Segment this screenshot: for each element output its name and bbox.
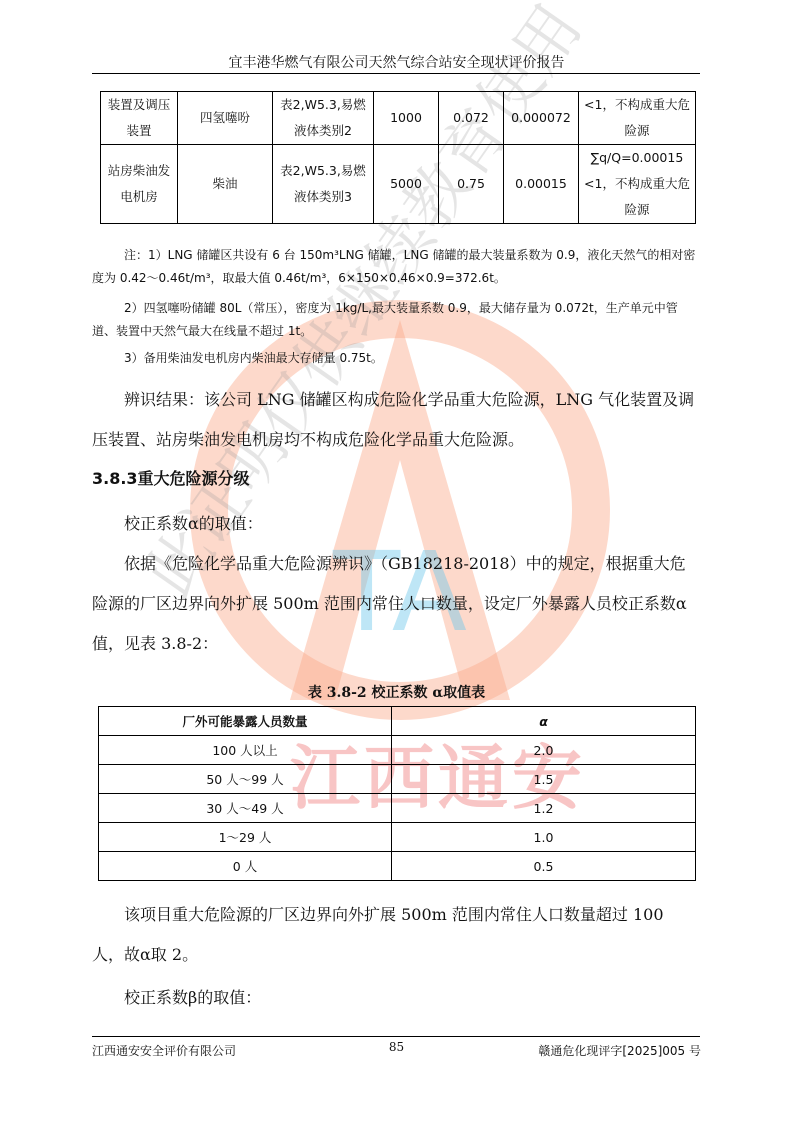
cell-threshold: 5000 — [374, 145, 439, 224]
table-row: 1～29 人1.0 — [99, 823, 696, 852]
table-row: 30 人～49 人1.2 — [99, 794, 696, 823]
table-header-row: 厂外可能暴露人员数量 α — [99, 707, 696, 736]
footer-divider — [92, 1036, 700, 1037]
cell-unit: 站房柴油发电机房 — [101, 145, 178, 224]
alpha-paragraph: 依据《危险化学品重大危险源辨识》（GB18218-2018）中的规定，根据重大危… — [92, 544, 698, 664]
cell-conclusion: <1，不构成重大危险源 — [579, 92, 696, 145]
cell-people: 1～29 人 — [99, 823, 392, 852]
hazard-table-continued: 装置及调压装置 四氢噻吩 表2,W5.3,易燃液体类别2 1000 0.072 … — [100, 91, 696, 224]
header-alpha: α — [392, 707, 696, 736]
cell-people: 50 人～99 人 — [99, 765, 392, 794]
table-caption: 表 3.8-2 校正系数 α取值表 — [0, 682, 793, 702]
table-row: 站房柴油发电机房 柴油 表2,W5.3,易燃液体类别3 5000 0.75 0.… — [101, 145, 696, 224]
cell-ratio: 0.000072 — [504, 92, 579, 145]
note-2: 2）四氢噻吩储罐 80L（常压），密度为 1kg/L,最大装量系数 0.9，最大… — [92, 297, 698, 343]
note-1: 注：1）LNG 储罐区共设有 6 台 150m³LNG 储罐，LNG 储罐的最大… — [92, 244, 698, 290]
beta-label: 校正系数β的取值： — [92, 978, 698, 1018]
table-row: 50 人～99 人1.5 — [99, 765, 696, 794]
conclusion-paragraph: 该项目重大危险源的厂区边界向外扩展 500m 范围内常住人口数量超过 100 人… — [92, 895, 698, 975]
cell-alpha: 1.5 — [392, 765, 696, 794]
section-heading: 3.8.3重大危险源分级 — [92, 466, 250, 489]
page-header-title: 宜丰港华燃气有限公司天然气综合站安全现状评价报告 — [0, 52, 793, 72]
header-people: 厂外可能暴露人员数量 — [99, 707, 392, 736]
cell-people: 0 人 — [99, 852, 392, 881]
cell-basis: 表2,W5.3,易燃液体类别2 — [273, 92, 374, 145]
cell-basis: 表2,W5.3,易燃液体类别3 — [273, 145, 374, 224]
cell-alpha: 1.0 — [392, 823, 696, 852]
cell-amount: 0.072 — [439, 92, 504, 145]
cell-conclusion: ∑q/Q=0.00015 <1，不构成重大危险源 — [579, 145, 696, 224]
table-row: 0 人0.5 — [99, 852, 696, 881]
header-divider — [92, 73, 700, 74]
table-row: 100 人以上2.0 — [99, 736, 696, 765]
footer-doc-number: 赣通危化现评字[2025]005 号 — [538, 1042, 701, 1059]
cell-substance: 四氢噻吩 — [178, 92, 273, 145]
cell-people: 100 人以上 — [99, 736, 392, 765]
table-row: 装置及调压装置 四氢噻吩 表2,W5.3,易燃液体类别2 1000 0.072 … — [101, 92, 696, 145]
result-paragraph: 辨识结果：该公司 LNG 储罐区构成危险化学品重大危险源，LNG 气化装置及调压… — [92, 380, 698, 460]
alpha-table: 厂外可能暴露人员数量 α 100 人以上2.0 50 人～99 人1.5 30 … — [98, 706, 696, 881]
cell-alpha: 0.5 — [392, 852, 696, 881]
cell-substance: 柴油 — [178, 145, 273, 224]
cell-threshold: 1000 — [374, 92, 439, 145]
note-3: 3）备用柴油发电机房内柴油最大存储量 0.75t。 — [92, 347, 698, 370]
cell-amount: 0.75 — [439, 145, 504, 224]
cell-ratio: 0.00015 — [504, 145, 579, 224]
alpha-label: 校正系数α的取值： — [92, 504, 698, 544]
cell-alpha: 2.0 — [392, 736, 696, 765]
cell-alpha: 1.2 — [392, 794, 696, 823]
cell-people: 30 人～49 人 — [99, 794, 392, 823]
cell-unit: 装置及调压装置 — [101, 92, 178, 145]
